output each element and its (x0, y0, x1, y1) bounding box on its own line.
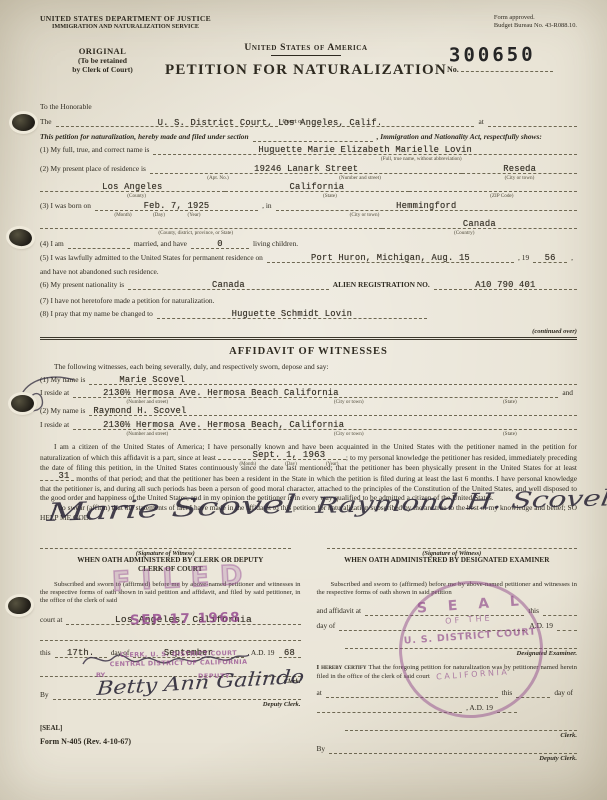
affidavit-section: AFFIDAVIT OF WITNESSES The following wit… (40, 346, 577, 557)
field-caption: (City or town) (255, 431, 443, 437)
item5-line: (5) I was lawfully admitted to the Unite… (40, 253, 577, 263)
witness1-address-typed: 2130½ Hermosa Ave. Hermosa Beach Califor… (73, 388, 558, 398)
witness2-signature-box: (Signature of Witness) (327, 537, 578, 557)
seal-stamp-line-2: OF THE (445, 613, 493, 625)
deputy-clerk-label: Deputy Clerk. (40, 701, 301, 709)
by-label: By (40, 690, 53, 700)
item2-zip-blank (409, 182, 577, 192)
at-label: at (317, 688, 326, 698)
item3-label: (3) I was born on (40, 201, 95, 211)
item5-year-label: , 19 (514, 253, 533, 263)
item5-year-blank: 56 (533, 253, 567, 263)
witness-signature-row: (Signature of Witness) (Signature of Wit… (40, 537, 577, 557)
blank-line (329, 744, 577, 754)
field-caption: (City or town) (212, 212, 517, 218)
clerk-label: Clerk. (317, 732, 578, 740)
witness1-signature-box: (Signature of Witness) (40, 537, 291, 557)
item8-name-blank: Huguette Schmidt Lovin (157, 309, 427, 319)
by-label: By (317, 744, 330, 754)
punch-hole (11, 395, 34, 412)
item8-label: (8) I pray that my name be changed to (40, 309, 157, 319)
item3-date-typed: Feb. 7, 1925 (95, 201, 258, 211)
title-block: United States of America PETITION FOR NA… (165, 42, 447, 79)
item1-typed-value: Huguette Marie Elizabeth Marielle Lovin (153, 145, 577, 155)
filed-date-stamp: SEP 17 1968 (130, 610, 241, 629)
to-honorable-text: To the Honorable (40, 102, 577, 111)
certify-deputy-line: By (317, 744, 578, 754)
item6-nationality-blank: Canada (128, 280, 329, 290)
day-of-label: day of (550, 688, 577, 698)
continued-over-text: (continued over) (40, 328, 577, 335)
field-caption: (Number and street) (40, 431, 255, 437)
item3-country-blank: Canada (382, 219, 577, 229)
field-caption: (Year) (176, 212, 212, 218)
witness1-name-line: (1) My name is Marie Scovel (40, 375, 577, 385)
at-label: at (474, 117, 487, 127)
item4-status-blank (68, 239, 130, 249)
witness2-name-blank: Raymond H. Scovel (89, 406, 577, 416)
item6-nationality-typed: Canada (128, 280, 329, 290)
blank-line (543, 606, 577, 616)
certify-lead-text: I hereby certify (317, 664, 367, 671)
witness2-address-captions: (Number and street) (City or town) (Stat… (40, 431, 577, 437)
item7-text: (7) I have not heretofore made a petitio… (40, 296, 577, 305)
certify-clerk-line (317, 721, 578, 731)
item5-year-typed: 56 (533, 253, 567, 263)
item5-place-blank: Port Huron, Michigan, Aug. 15 (267, 253, 514, 263)
field-caption: (County, district, province, or State) (40, 230, 351, 236)
item5-continuation: and have not abandoned such residence. (40, 267, 577, 276)
form-approval-block: Form approved. Budget Bureau No. 43-R088… (494, 14, 577, 30)
item4-pre-label: (4) I am (40, 239, 68, 249)
item5-place-typed: Port Huron, Michigan, Aug. 15 (267, 253, 514, 263)
agency-header: UNITED STATES DEPARTMENT OF JUSTICE IMMI… (40, 14, 211, 30)
this-label: this (40, 648, 55, 658)
field-caption: (Month) (225, 460, 256, 469)
form-title: PETITION FOR NATURALIZATION (165, 62, 447, 79)
section-line: This petition for naturalization, hereby… (40, 132, 577, 142)
item2-label: (2) My present place of residence is (40, 164, 150, 174)
seal-stamp-line-1: S E A L (408, 593, 527, 617)
field-caption: (Month) (104, 212, 142, 218)
copy-subtext-2: by Clerk of Court) (40, 65, 165, 74)
item3-captions-b: (County, district, province, or State) (… (40, 230, 577, 236)
field-caption: (State) (443, 431, 577, 437)
witness1-address-line: I reside at 2130½ Hermosa Ave. Hermosa B… (40, 388, 577, 398)
deputy-stamp: DEPUTY (198, 672, 230, 680)
witness2-address-blank: 2130½ Hermosa Ave. Hermosa Beach, Califo… (73, 420, 577, 430)
item2-city-typed: Reseda (462, 164, 577, 174)
day-of-label: day of (317, 621, 340, 631)
witness2-address-line: I reside at 2130½ Hermosa Ave. Hermosa B… (40, 420, 577, 430)
copy-subtext-1: (To be retained (40, 56, 165, 65)
form-approved-text: Form approved. (494, 14, 577, 22)
section-blank-line (253, 132, 373, 142)
affidavit-title: AFFIDAVIT OF WITNESSES (40, 346, 577, 357)
field-caption: (State) (443, 399, 577, 405)
item4-children-blank: 0 (191, 239, 249, 249)
field-caption: (Number and street) (258, 175, 462, 181)
item3-province-blank (40, 219, 382, 229)
petition-number-stamp: 300650 (449, 44, 536, 67)
item2-county-blank: Los Angeles (40, 182, 225, 192)
witness2-name-typed: Raymond H. Scovel (89, 406, 577, 416)
punch-hole (8, 227, 33, 247)
field-caption: (ZIP Code) (427, 193, 577, 199)
witness1-address-blank: 2130½ Hermosa Ave. Hermosa Beach Califor… (73, 388, 558, 398)
item2-line-b: Los Angeles California (40, 182, 577, 192)
section-line-post: , Immigration and Nationality Act, respe… (373, 132, 546, 142)
field-caption: (City or town) (255, 399, 443, 405)
petition-document-page: UNITED STATES DEPARTMENT OF JUSTICE IMMI… (0, 0, 607, 800)
item4-line: (4) I am married, and have 0 living chil… (40, 239, 577, 249)
item3-city-blank: Hemmingford (276, 201, 577, 211)
field-caption: (City or town) (462, 175, 577, 181)
country-title: United States of America (165, 42, 447, 53)
item4-post-label: living children. (249, 239, 302, 249)
field-caption: (Apt. No.) (178, 175, 258, 181)
witness1-signature-line (40, 537, 291, 549)
alien-registration-typed: A10 790 401 (434, 280, 577, 290)
since-date-typed: Sept. 1, 1963 (218, 451, 346, 460)
since-date-blank: Sept. 1, 1963 (Month) (Day) (Year) (218, 451, 346, 460)
item2-captions-a: (Apt. No.) (Number and street) (City or … (178, 175, 577, 181)
section-line-pre: This petition for naturalization, hereby… (40, 132, 253, 142)
item3-country-typed: Canada (382, 219, 577, 229)
item2-captions-b: (County) (State) (ZIP Code) (40, 193, 577, 199)
year-blank: 68 (279, 648, 301, 658)
section-divider-rule (40, 337, 577, 341)
item2-state-typed: California (225, 182, 410, 192)
copy-designation: ORIGINAL (To be retained by Clerk of Cou… (40, 42, 165, 79)
court-line: The Court of at U. S. District Court, Lo… (40, 117, 577, 127)
item1-label: (1) My full, true, and correct name is (40, 145, 153, 155)
witness2-signature-line (327, 537, 578, 549)
punch-hole (12, 114, 35, 131)
field-caption: (Year) (312, 460, 339, 469)
seal-stamp-line-4: CALIFORNIA (436, 667, 510, 681)
item6-line: (6) My present nationality is Canada ALI… (40, 280, 577, 290)
blank-line (557, 621, 577, 631)
item3-line-a: (3) I was born on Feb. 7, 1925 , in Hemm… (40, 201, 577, 211)
witness1-name-typed: Marie Scovel (89, 375, 577, 385)
since-date-captions: (Month) (Day) (Year) (218, 460, 346, 469)
seal-bracket-text: [SEAL] (40, 725, 301, 732)
item4-children-typed: 0 (191, 239, 249, 249)
field-caption: (Full, true name, without abbreviation) (341, 156, 502, 162)
item8-line: (8) I pray that my name be changed to Hu… (40, 309, 577, 319)
item6-label: (6) My present nationality is (40, 280, 128, 290)
item2-county-typed: Los Angeles (40, 182, 225, 192)
months-typed: 31 (40, 472, 74, 481)
the-label: The (40, 117, 56, 127)
court-at-label: court at (40, 615, 66, 625)
item1-captions: (Full, true name, without abbreviation) (40, 156, 577, 162)
witness1-name-blank: Marie Scovel (89, 375, 577, 385)
document-header: UNITED STATES DEPARTMENT OF JUSTICE IMMI… (0, 0, 607, 79)
witness2-name-line: (2) My name is Raymond H. Scovel (40, 406, 577, 416)
witness1-address-captions: (Number and street) (City or town) (Stat… (40, 399, 577, 405)
field-caption: (Day) (142, 212, 176, 218)
months-blank: 31 (40, 472, 74, 481)
field-caption: (Country) (351, 230, 577, 236)
item3-city-typed: Hemmingford (276, 201, 577, 211)
item4-mid-label: married, and have (130, 239, 191, 249)
and-label: and (558, 388, 577, 398)
item5-label: (5) I was lawfully admitted to the Unite… (40, 253, 267, 263)
blank-line (40, 631, 301, 641)
at-blank-line (488, 117, 577, 127)
year-typed: 68 (279, 648, 301, 658)
witness2-address-typed: 2130½ Hermosa Ave. Hermosa Beach, Califo… (73, 420, 577, 430)
item8-name-typed: Huguette Schmidt Lovin (157, 309, 427, 319)
alien-registration-blank: A10 790 401 (434, 280, 577, 290)
clerk-office-stamp: CLERK, U. S. DISTRICT COURT CENTRAL DIST… (76, 648, 281, 669)
item1-line: (1) My full, true, and correct name is H… (40, 145, 577, 155)
affidavit-intro: The following witnesses, each being seve… (40, 362, 577, 371)
item3-in-label: , in (258, 201, 275, 211)
item1-blank-line: Huguette Marie Elizabeth Marielle Lovin (153, 145, 577, 155)
field-caption: (State) (233, 193, 426, 199)
affidavit-at-label: and affidavit at (317, 606, 366, 616)
by-stamp: BY (96, 671, 105, 679)
item2-street-typed: 19246 Lanark Street (150, 164, 463, 174)
title-divider (271, 55, 341, 56)
service-name: IMMIGRATION AND NATURALIZATION SERVICE (40, 23, 211, 30)
budget-bureau-number: Budget Bureau No. 43-R088.10. (494, 22, 577, 30)
item3-date-blank: Feb. 7, 1925 (95, 201, 258, 211)
punch-hole (7, 596, 32, 615)
item3-line-b: Canada (40, 219, 577, 229)
item2-street-blank: 19246 Lanark Street (150, 164, 463, 174)
department-name: UNITED STATES DEPARTMENT OF JUSTICE (40, 14, 211, 23)
item2-city-blank: Reseda (462, 164, 577, 174)
field-caption: (County) (40, 193, 233, 199)
item2-line-a: (2) My present place of residence is 192… (40, 164, 577, 174)
petition-section: To the Honorable The Court of at U. S. D… (40, 102, 577, 340)
seal-stamp-line-3: U. S. DISTRICT COURT (403, 626, 536, 646)
court-at-continuation-line (40, 631, 301, 641)
deputy-clerk-label: Deputy Clerk. (317, 755, 578, 763)
alien-registration-label: ALIEN REGISTRATION NO. (329, 280, 434, 290)
blank-line (345, 721, 578, 731)
item2-state-blank: California (225, 182, 410, 192)
item5-comma: , (567, 253, 577, 263)
item3-captions-a: (Month) (Day) (Year) (City or town) (104, 212, 577, 218)
oath-examiner-title: WHEN OATH ADMINISTERED BY DESIGNATED EXA… (317, 556, 578, 565)
court-typed-value: U. S. District Court, Los Angeles, Calif… (110, 118, 430, 128)
form-number-text: Form N-405 (Rev. 4-10-67) (40, 737, 131, 746)
copy-label: ORIGINAL (40, 46, 165, 56)
field-caption: (Day) (271, 460, 297, 469)
